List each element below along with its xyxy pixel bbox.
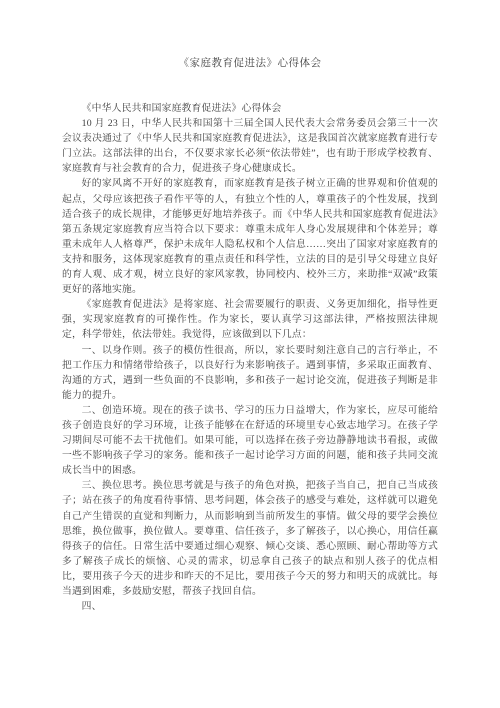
paragraph-point-4: 四、 [62, 599, 438, 614]
paragraph-point-1: 一、以身作则。孩子的模仿性很高，所以，家长要时刻注意自己的言行举止，不把工作压力… [62, 343, 438, 403]
paragraph-point-2: 二、创造环境。现在的孩子读书、学习的压力日益增大，作为家长，应尽可能给孩子创造良… [62, 403, 438, 478]
paragraph-point-3: 三、换位思考。换位思考就是与孩子的角色对换，把孩子当自己，把自己当成孩子；站在孩… [62, 478, 438, 599]
paragraph-subtitle: 《中华人民共和国家庭教育促进法》心得体会 [62, 101, 438, 116]
document-page: 《家庭教育促进法》心得体会 《中华人民共和国家庭教育促进法》心得体会 10 月 … [0, 0, 500, 708]
document-body: 《中华人民共和国家庭教育促进法》心得体会 10 月 23 日，中华人民共和国第十… [62, 101, 438, 614]
paragraph-law-summary: 《家庭教育促进法》是将家庭、社会需要履行的职责、义务更加细化，指导性更强，实现家… [62, 297, 438, 342]
paragraph-intro: 10 月 23 日，中华人民共和国第十三届全国人民代表大会常务委员会第三十一次会… [62, 116, 438, 176]
paragraph-family-style: 好的家风离不开好的家庭教育，而家庭教育是孩子树立正确的世界观和价值观的起点，父母… [62, 176, 438, 297]
document-title: 《家庭教育促进法》心得体会 [62, 57, 438, 71]
